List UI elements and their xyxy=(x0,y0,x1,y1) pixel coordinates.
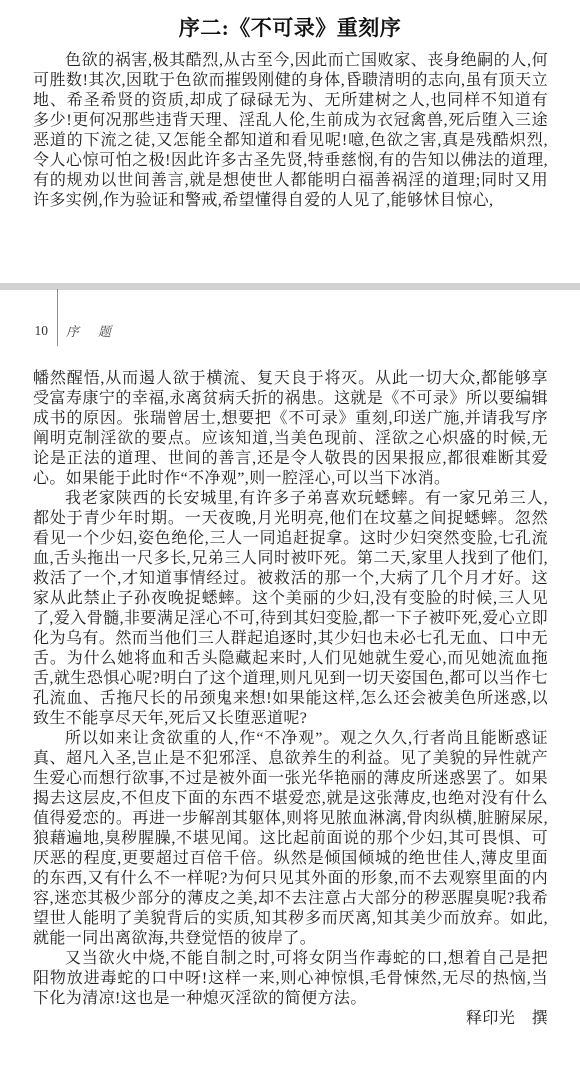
page-number: 10 xyxy=(18,323,48,339)
body-paragraph: 幡然醒悟,从而遏人欲于横流、复天良于将灭。从此一切大众,都能够享受富寿康宁的幸福… xyxy=(33,369,548,489)
author-signature: 释印光 撰 xyxy=(33,1009,548,1029)
header-vertical-rule xyxy=(57,289,58,346)
page1-text-block: 色欲的祸害,极其酷烈,从古至今,因此而亡国败家、丧身绝嗣的人,何可胜数!其次,因… xyxy=(33,51,548,211)
body-paragraph: 又当欲火中烧,不能自制之时,可将女阴当作毒蛇的口,想着自己是把阳物放进毒蛇的口中… xyxy=(33,949,548,1009)
page-title: 序二:《不可录》重刻序 xyxy=(0,12,580,42)
body-paragraph: 色欲的祸害,极其酷烈,从古至今,因此而亡国败家、丧身绝嗣的人,何可胜数!其次,因… xyxy=(33,51,548,211)
page-separator-band xyxy=(0,283,580,290)
page2-text-block: 幡然醒悟,从而遏人欲于横流、复天良于将灭。从此一切大众,都能够享受富寿康宁的幸福… xyxy=(33,369,548,1029)
body-paragraph: 所以如来让贪欲重的人,作“不净观”。观之久久,行者尚且能断惑证真、超凡入圣,岂止… xyxy=(33,729,548,949)
body-paragraph: 我老家陕西的长安城里,有许多子弟喜欢玩蟋蟀。有一家兄弟三人,都处于青少年时期。一… xyxy=(33,489,548,729)
running-header-title: 序 题 xyxy=(66,324,114,340)
book-page: 序二:《不可录》重刻序 色欲的祸害,极其酷烈,从古至今,因此而亡国败家、丧身绝嗣… xyxy=(0,0,580,1085)
